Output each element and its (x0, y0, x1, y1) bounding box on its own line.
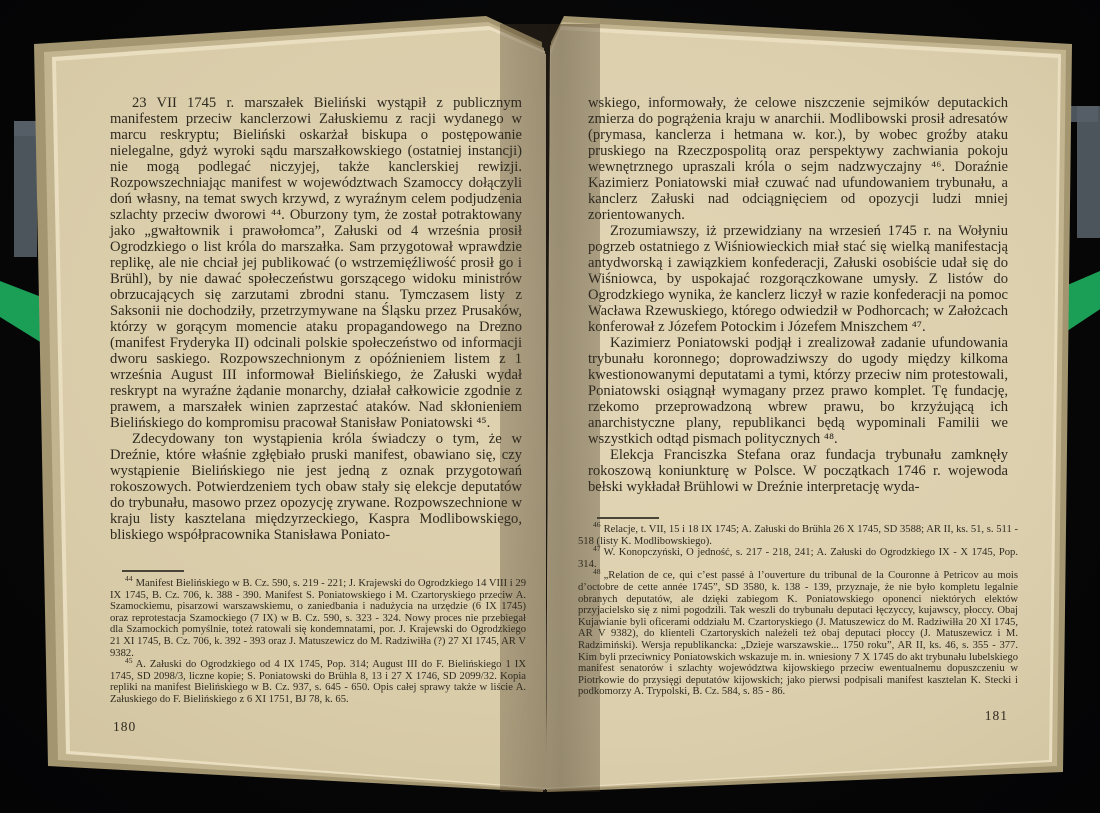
corner-bracket-left-vertical (14, 121, 37, 257)
footnote-marker: 45 (125, 656, 133, 665)
footnote-separator-rule (597, 517, 659, 519)
footnote-separator-rule (122, 570, 184, 572)
right-page-footnotes: 46Relacje, t. VII, 15 i 18 IX 1745; A. Z… (578, 524, 1018, 698)
body-paragraph: Zdecydowany ton wystąpienia króla świadc… (110, 431, 522, 543)
body-paragraph: Zrozumiawszy, iż przewidziany na wrzesie… (588, 223, 1008, 335)
footnote-text: W. Konopczyński, O jedność, s. 217 - 218… (578, 547, 1018, 570)
corner-bracket-right-vertical (1077, 106, 1100, 238)
body-paragraph: 23 VII 1745 r. marszałek Bieliński wystą… (110, 95, 522, 431)
body-paragraph: Elekcja Franciszka Stefana oraz fundacja… (588, 447, 1008, 495)
footnote-text: Manifest Bielińskiego w B. Cz. 590, s. 2… (110, 578, 526, 659)
footnote-marker: 44 (125, 574, 133, 583)
footnote-text: „Relation de ce, qui c’est passé à l’ouv… (578, 570, 1018, 697)
footnote: 45A. Załuski do Ogrodzkiego od 4 IX 1745… (110, 659, 526, 705)
footnote-text: Relacje, t. VII, 15 i 18 IX 1745; A. Zał… (578, 524, 1018, 547)
body-paragraph: wskiego, informowały, że celowe niszczen… (588, 95, 1008, 223)
footnote-marker: 46 (593, 520, 601, 529)
left-page-body: 23 VII 1745 r. marszałek Bieliński wystą… (110, 95, 522, 543)
footnote: 44Manifest Bielińskiego w B. Cz. 590, s.… (110, 578, 526, 659)
footnote: 47W. Konopczyński, O jedność, s. 217 - 2… (578, 547, 1018, 570)
body-paragraph: Kazimierz Poniatowski podjął i zrealizow… (588, 335, 1008, 447)
footnote: 46Relacje, t. VII, 15 i 18 IX 1745; A. Z… (578, 524, 1018, 547)
page-number-right: 181 (940, 708, 1008, 724)
footnote-text: A. Załuski do Ogrodzkiego od 4 IX 1745, … (110, 659, 526, 705)
page-number-left: 180 (113, 719, 136, 735)
right-page-body: wskiego, informowały, że celowe niszczen… (588, 95, 1008, 495)
footnote: 48„Relation de ce, qui c’est passé à l’o… (578, 570, 1018, 698)
footnote-marker: 47 (593, 544, 601, 553)
book-photo-stage: 23 VII 1745 r. marszałek Bieliński wystą… (0, 0, 1100, 813)
left-page-footnotes: 44Manifest Bielińskiego w B. Cz. 590, s.… (110, 578, 526, 706)
footnote-marker: 48 (593, 567, 601, 576)
